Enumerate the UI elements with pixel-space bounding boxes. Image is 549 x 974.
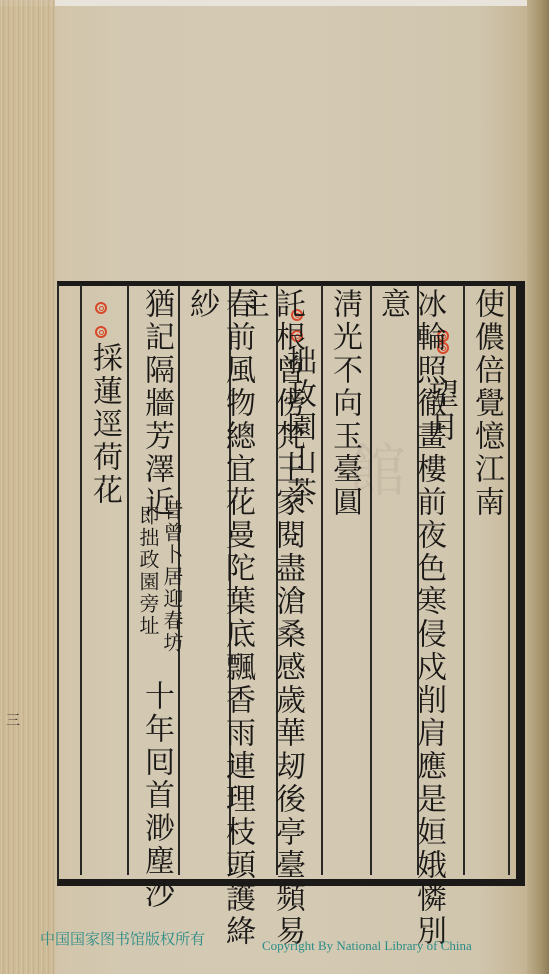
red-circle-mark (95, 326, 107, 338)
column-rule (508, 285, 510, 875)
watermark-chinese: 中国国家图书馆版权所有 (40, 928, 205, 949)
top-edge (0, 0, 549, 6)
column-rule (80, 285, 82, 875)
annotation-note-left: 即拙政園旁址 (130, 505, 166, 637)
binding-edge (527, 0, 549, 974)
poem-title-cailianjing: 採蓮逕荷花 (86, 342, 122, 507)
column-rule (321, 285, 323, 875)
column-rule (463, 285, 465, 875)
fore-edge-label: 三 (6, 710, 18, 730)
text-column-4: 淸光不向玉臺圓 (326, 288, 362, 519)
red-circle-mark (95, 302, 107, 314)
text-column-3: 冰輪照徹畫樓前夜色寒侵戍削肩應是姮娥憐別意 (374, 288, 446, 974)
text-column-8a: 猶記隔牆芳澤近 (138, 288, 174, 519)
fore-edge-pages (0, 0, 55, 974)
column-rule (370, 285, 372, 875)
text-column-8c: 十年囘首渺塵沙 (138, 680, 174, 911)
column-rule (127, 285, 129, 875)
text-column-1: 使儂倍覺憶江南 (468, 288, 504, 519)
text-column-7: 春前風物總宜花曼陀葉底飄香雨連理枝頭護絳紗 (183, 288, 255, 974)
watermark-english: Copyright By National Library of China (262, 938, 472, 954)
